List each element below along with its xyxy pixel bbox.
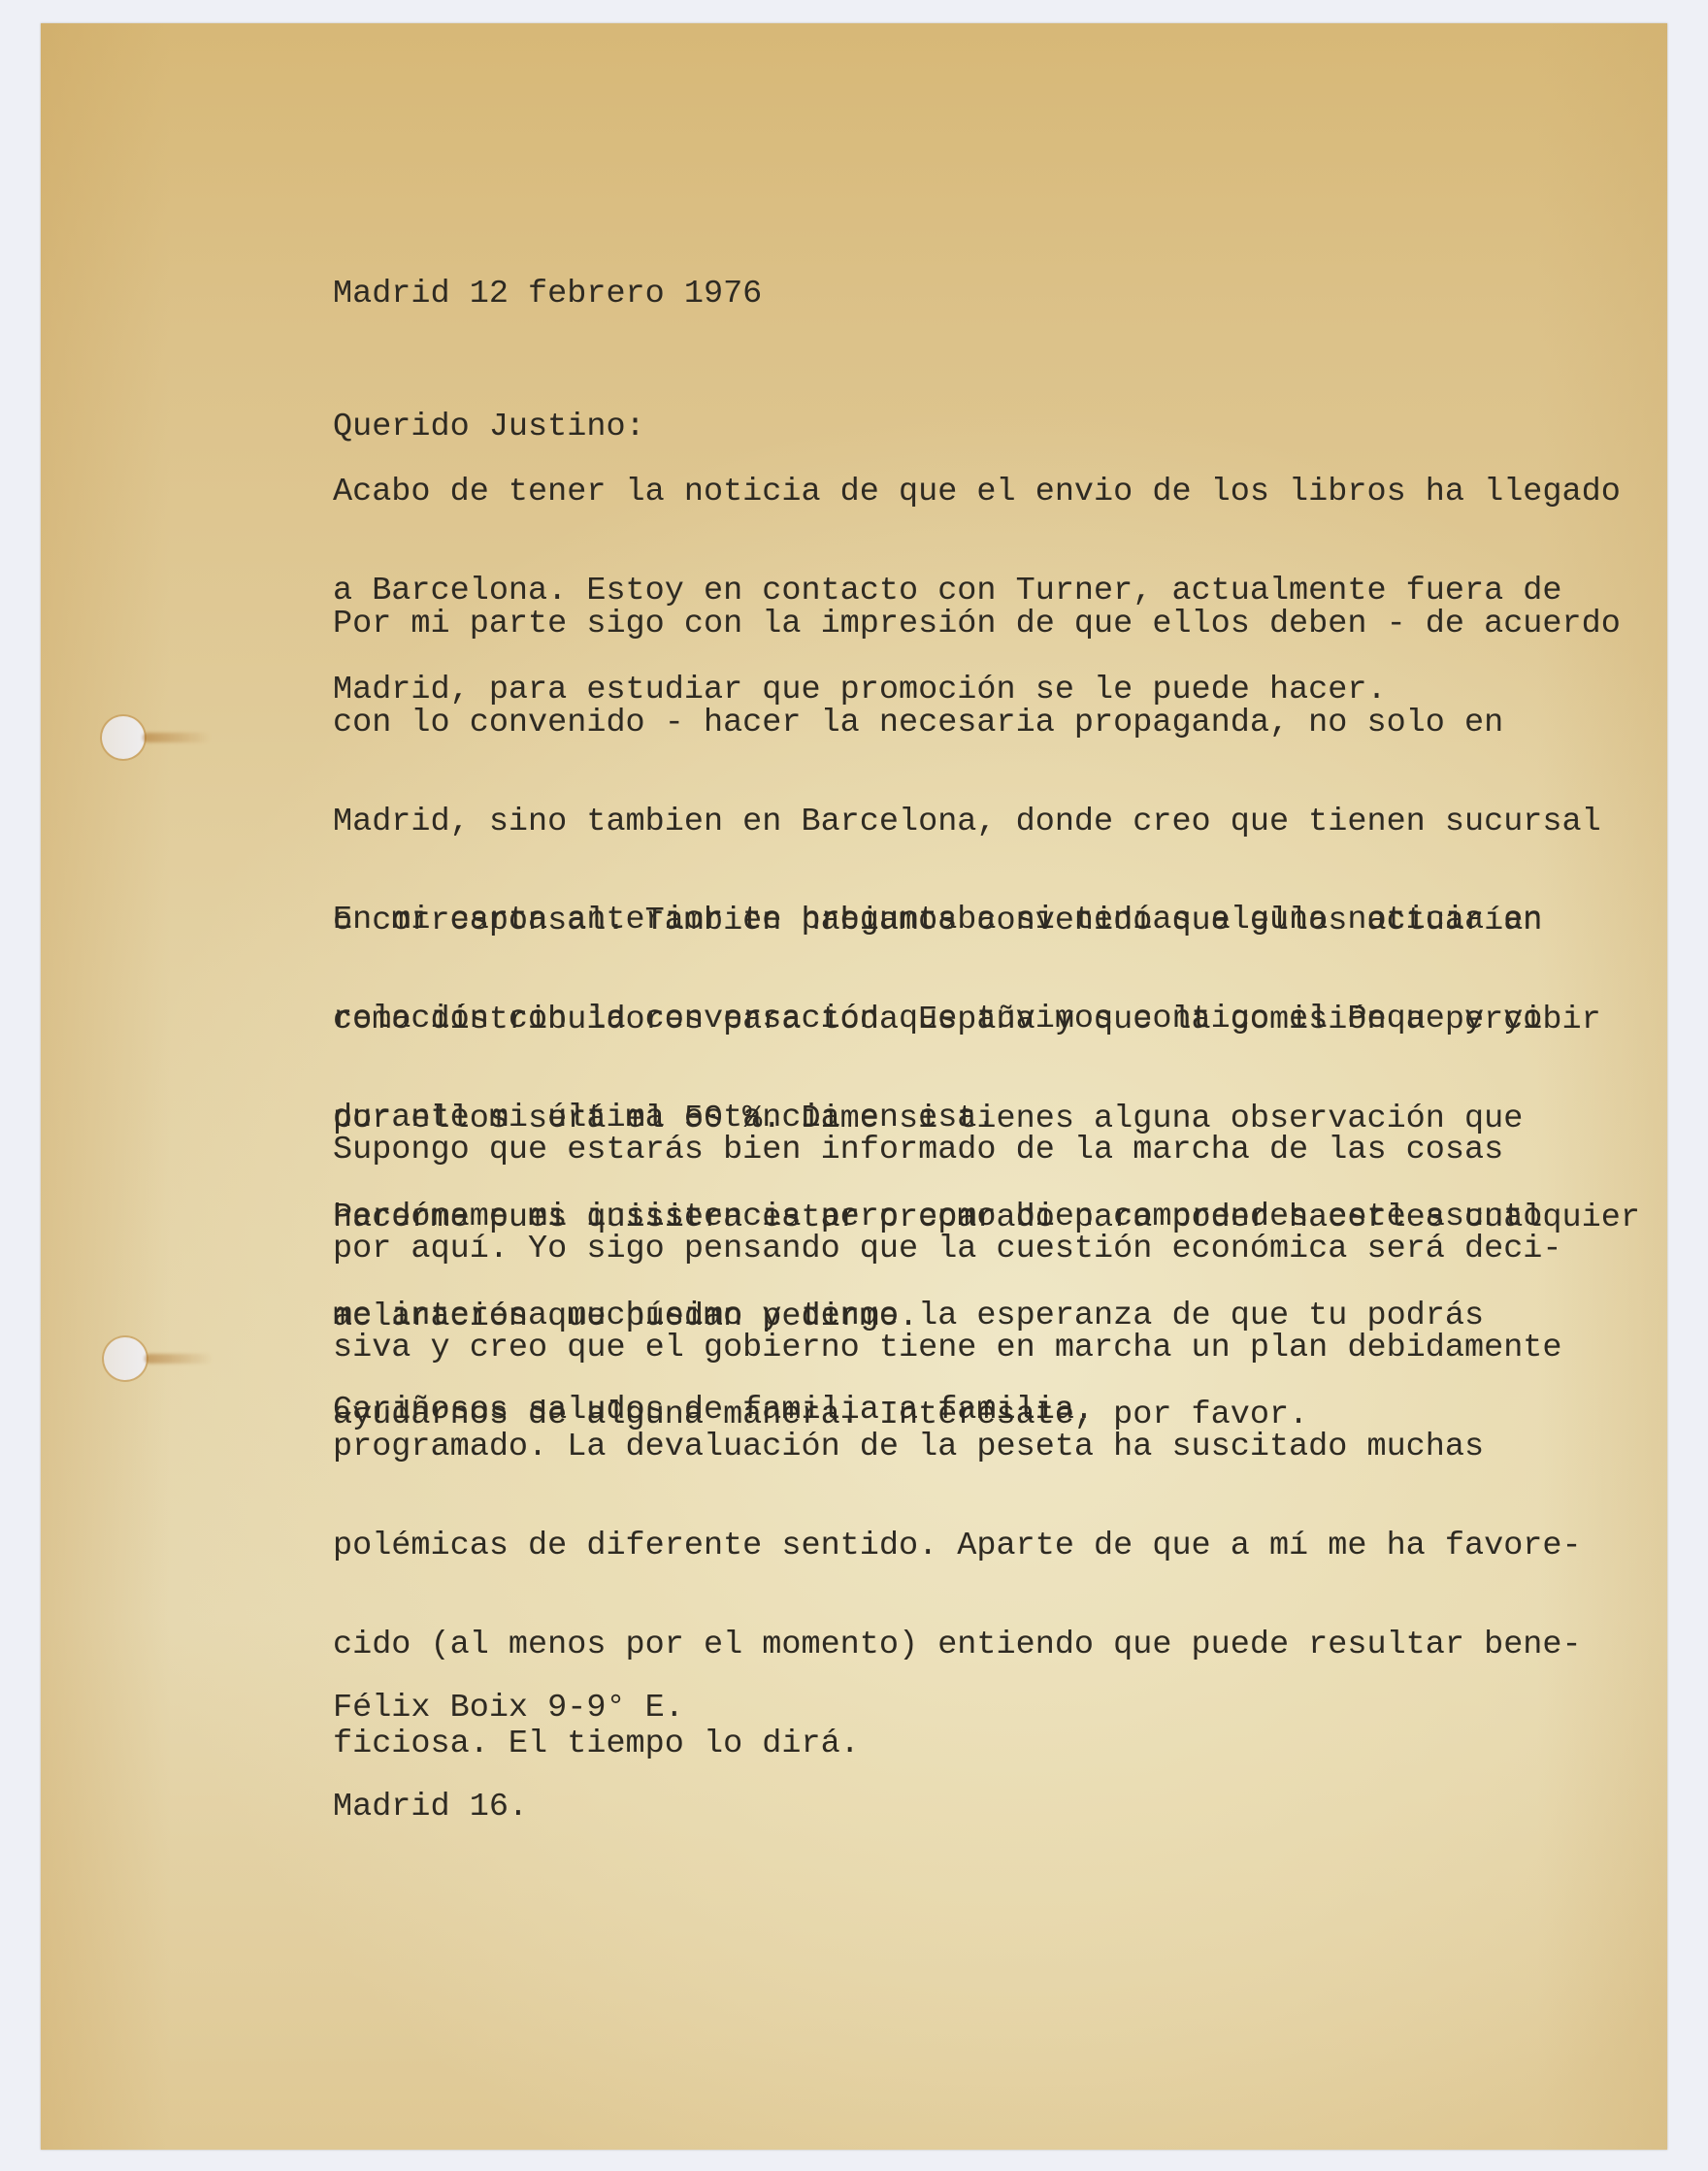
closing: Cariñosos saludos de familia a familia. [333,1328,1094,1460]
paragraph-line: por aquí. Yo sigo pensando que la cuesti… [333,1233,1582,1266]
punch-hole-stain-bottom [145,1354,213,1364]
punch-hole-top [102,716,145,759]
paragraph-line: Supongo que estarás bien informado de la… [333,1134,1582,1167]
paragraph-line: Por mi parte sigo con la impresión de qu… [333,608,1640,641]
closing-text: Cariñosos saludos de familia a familia. [333,1394,1094,1427]
address-line-1: Félix Boix 9-9° E. [333,1692,684,1725]
paragraph-line: En mi carta anterior te preguntaba si te… [333,904,1542,937]
punch-hole-bottom [104,1337,147,1380]
place-date-text: Madrid 12 febrero 1976 [333,278,762,311]
paragraph-line: relación con la conversación que tuvimos… [333,1003,1542,1036]
paragraph-line: polémicas de diferente sentido. Aparte d… [333,1530,1582,1562]
paragraph-line: Madrid, sino tambien en Barcelona, donde… [333,806,1640,839]
paragraph-line: Acabo de tener la noticia de que el envi… [333,476,1621,509]
place-date: Madrid 12 febrero 1976 [333,212,762,344]
punch-hole-stain-top [143,733,211,742]
sender-address: Félix Boix 9-9° E. Madrid 16. [333,1626,684,1857]
paragraph-line: con lo convenido - hacer la necesaria pr… [333,707,1640,740]
address-line-2: Madrid 16. [333,1791,684,1824]
